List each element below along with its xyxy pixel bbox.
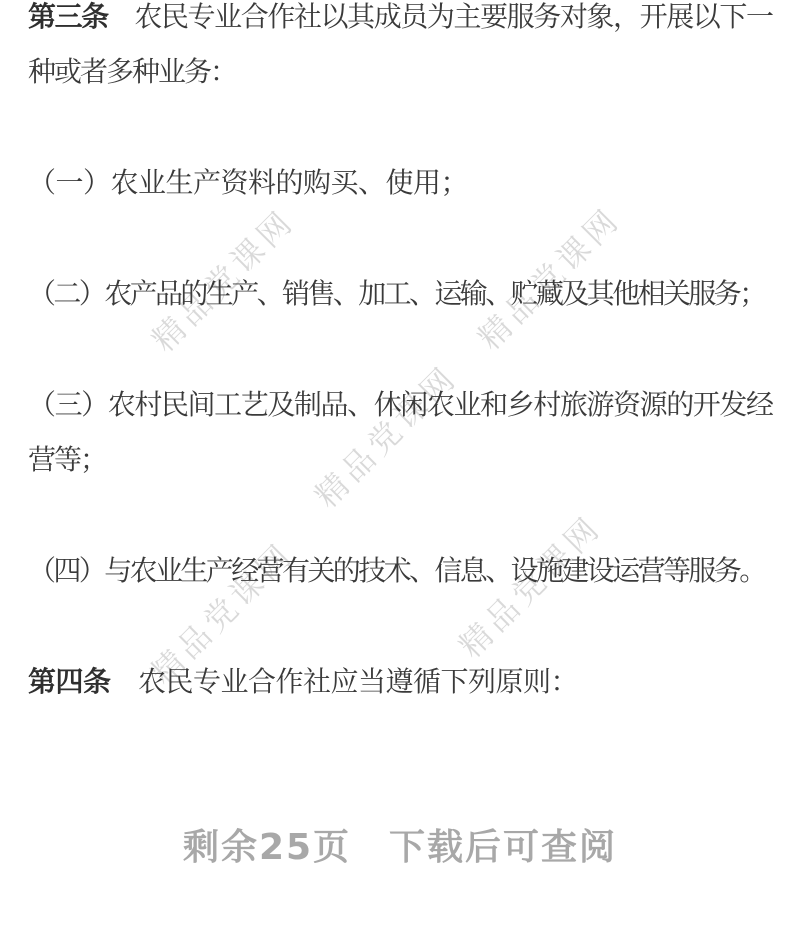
paragraph-text: （一）农业生产资料的购买、使用； bbox=[28, 166, 468, 199]
paragraph-text: （三）农村民间工艺及制品、休闲农业和乡村旅游资源的开发经营等； bbox=[28, 388, 772, 476]
paragraph-article-3: 第三条 农民专业合作社以其成员为主要服务对象，开展以下一种或者多种业务： bbox=[28, 0, 772, 99]
paragraph-text: 农民专业合作社以其成员为主要服务对象，开展以下一种或者多种业务： bbox=[28, 0, 772, 88]
article-number: 第四条 bbox=[28, 665, 111, 698]
article-number: 第三条 bbox=[28, 0, 108, 33]
remaining-pages-note: 剩余25页 下载后可查阅 bbox=[0, 826, 800, 870]
paragraph-item-2: （二）农产品的生产、销售、加工、运输、贮藏及其他相关服务； bbox=[28, 266, 772, 321]
paragraph-text: （四）与农业生产经营有关的技术、信息、设施建设运营等服务。 bbox=[28, 554, 765, 587]
paragraph-item-4: （四）与农业生产经营有关的技术、信息、设施建设运营等服务。 bbox=[28, 543, 772, 598]
document-body: 第三条 农民专业合作社以其成员为主要服务对象，开展以下一种或者多种业务： （一）… bbox=[28, 0, 772, 765]
document-page: 精品党课网 精品党课网 精品党课网 精品党课网 精品党课网 第三条 农民专业合作… bbox=[0, 0, 800, 930]
paragraph-article-4: 第四条 农民专业合作社应当遵循下列原则： bbox=[28, 654, 772, 709]
paragraph-item-3: （三）农村民间工艺及制品、休闲农业和乡村旅游资源的开发经营等； bbox=[28, 377, 772, 487]
paragraph-item-1: （一）农业生产资料的购买、使用； bbox=[28, 155, 772, 210]
paragraph-text: （二）农产品的生产、销售、加工、运输、贮藏及其他相关服务； bbox=[28, 277, 765, 310]
paragraph-text: 农民专业合作社应当遵循下列原则： bbox=[111, 665, 579, 698]
